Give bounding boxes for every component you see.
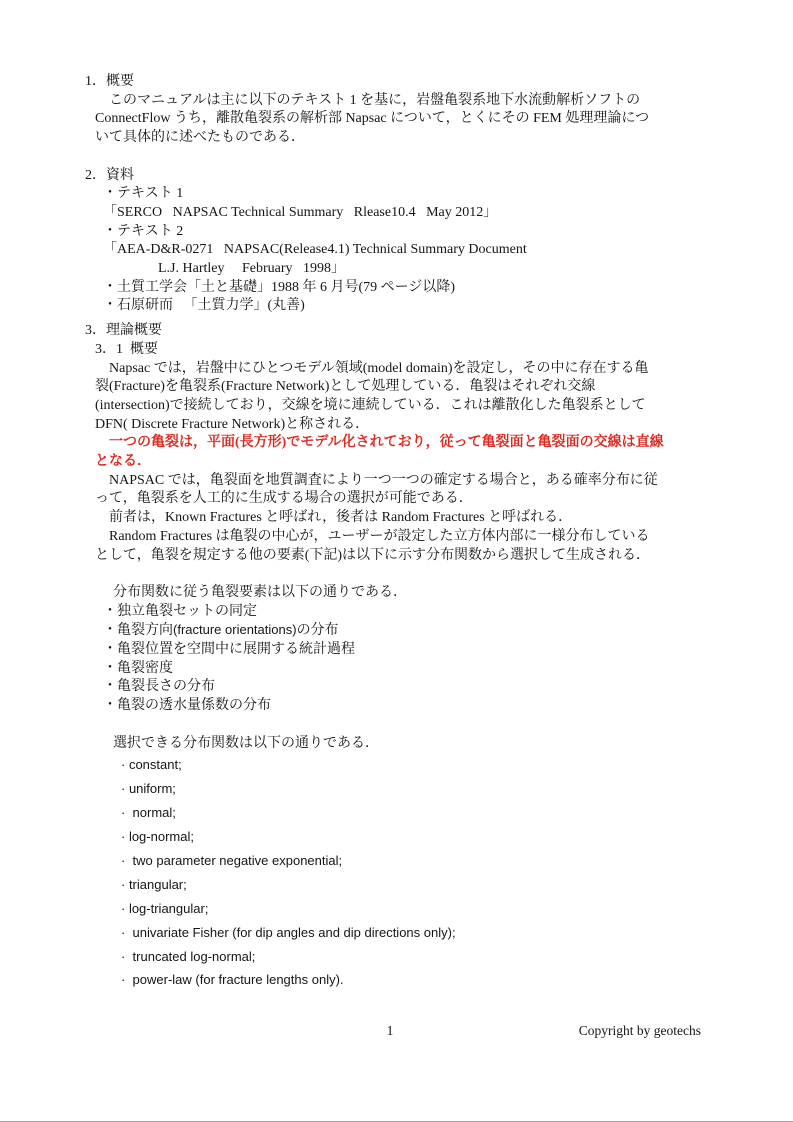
doc-spacer [85, 716, 753, 735]
doc-spacer [85, 148, 753, 167]
doc-heading: 1．概要 [85, 73, 753, 92]
doc-line: となる． [85, 453, 753, 472]
doc-line: 「SERCO NAPSAC Technical Summary Rlease10… [85, 204, 753, 223]
doc-heading: 3．理論概要 [85, 322, 753, 341]
text-run: ・亀裂方向 [103, 623, 173, 638]
doc-line: · two parameter negative exponential; [85, 849, 753, 873]
doc-heading: 2．資料 [85, 167, 753, 186]
doc-line: L.J. Hartley February 1998」 [85, 260, 753, 279]
doc-line: いて具体的に述べたものである． [85, 129, 753, 148]
document-page: 1．概要このマニュアルは主に以下のテキスト 1 を基に，岩盤亀裂系地下水流動解析… [0, 0, 793, 1122]
doc-line: って，亀裂系を人工的に生成する場合の選択が可能である． [85, 490, 753, 509]
doc-line: NAPSAC では，亀裂面を地質調査により一つ一つの確定する場合と，ある確率分布… [85, 472, 753, 491]
document-body: 1．概要このマニュアルは主に以下のテキスト 1 を基に，岩盤亀裂系地下水流動解析… [85, 73, 753, 990]
doc-line: ・テキスト 1 [85, 185, 753, 204]
doc-line: ConnectFlow うち，離散亀裂系の解析部 Napsac について，とくに… [85, 110, 753, 129]
doc-line: · constant; [85, 753, 753, 777]
doc-spacer [85, 565, 753, 584]
doc-line: · uniform; [85, 777, 753, 801]
doc-line: · triangular; [85, 873, 753, 897]
doc-line: ・土質工学会「土と基礎」1988 年 6 月号(79 ページ以降) [85, 279, 753, 298]
doc-line: ・亀裂位置を空間中に展開する統計過程 [85, 641, 753, 660]
doc-line: 分布関数に従う亀裂要素は以下の通りである． [85, 584, 753, 603]
text-run: の分布 [297, 623, 339, 638]
doc-line: このマニュアルは主に以下のテキスト 1 を基に，岩盤亀裂系地下水流動解析ソフトの [85, 92, 753, 111]
doc-line: 選択できる分布関数は以下の通りである． [85, 735, 753, 754]
doc-line: ・亀裂長さの分布 [85, 678, 753, 697]
footer-copyright: Copyright by geotechs [579, 1022, 701, 1040]
doc-line: として，亀裂を規定する他の要素(下記)は以下に示す分布関数から選択して生成される… [85, 547, 753, 566]
doc-line: Napsac では，岩盤中にひとつモデル領域(model domain)を設定し… [85, 360, 753, 379]
doc-line: · normal; [85, 801, 753, 825]
doc-line: Random Fractures は亀裂の中心が，ユーザーが設定した立方体内部に… [85, 528, 753, 547]
doc-line: · log-normal; [85, 825, 753, 849]
doc-line: 前者は，Known Fractures と呼ばれ，後者は Random Frac… [85, 509, 753, 528]
doc-line: 「AEA-D&R-0271 NAPSAC(Release4.1) Technic… [85, 241, 753, 260]
text-run: (fracture orientations) [173, 622, 297, 637]
doc-line: · univariate Fisher (for dip angles and … [85, 921, 753, 945]
doc-line: DFN( Discrete Fracture Network)と称される． [85, 416, 753, 435]
doc-line: ・亀裂方向(fracture orientations)の分布 [85, 621, 753, 641]
doc-line: · log-triangular; [85, 897, 753, 921]
doc-line: · truncated log-normal; [85, 945, 753, 969]
doc-line: ・石原研而 「土質力学」(丸善) [85, 297, 753, 316]
doc-line: ・亀裂密度 [85, 660, 753, 679]
doc-line: · power-law (for fracture lengths only). [85, 969, 753, 990]
doc-line: ・亀裂の透水量係数の分布 [85, 697, 753, 716]
doc-line: ・テキスト 2 [85, 223, 753, 242]
doc-line: 一つの亀裂は，平面(長方形)でモデル化されており，従って亀裂面と亀裂面の交線は直… [85, 434, 753, 453]
doc-line: ・独立亀裂セットの同定 [85, 603, 753, 622]
doc-line: (intersection)で接続しており，交線を境に連続している．これは離散化… [85, 397, 753, 416]
doc-line: 3．1 概要 [85, 341, 753, 360]
doc-line: 裂(Fracture)を亀裂系(Fracture Network)として処理して… [85, 378, 753, 397]
